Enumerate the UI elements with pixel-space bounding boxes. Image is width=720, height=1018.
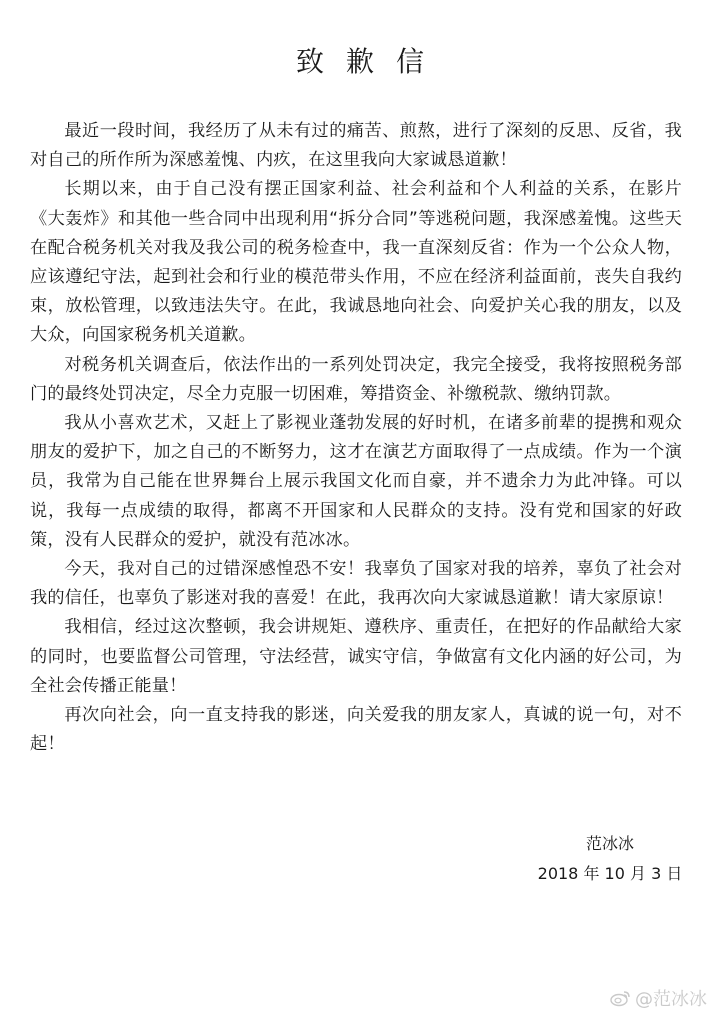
watermark-text: @范冰冰	[635, 985, 707, 1011]
paragraph-6: 我相信，经过这次整顿，我会讲规矩、遵秩序、重责任，在把好的作品献给大家的同时，也…	[30, 613, 682, 701]
paragraph-1: 最近一段时间，我经历了从未有过的痛苦、煎熬，进行了深刻的反思、反省，我对自己的所…	[30, 117, 682, 175]
letter-body: 最近一段时间，我经历了从未有过的痛苦、煎熬，进行了深刻的反思、反省，我对自己的所…	[30, 117, 682, 759]
paragraph-5: 今天，我对自己的过错深感惶恐不安！我辜负了国家对我的培养，辜负了社会对我的信任，…	[30, 555, 682, 613]
signature: 范冰冰	[540, 831, 680, 854]
signature-date: 2018 年 10 月 3 日	[535, 861, 685, 884]
paragraph-4: 我从小喜欢艺术，又赶上了影视业蓬勃发展的好时机，在诸多前辈的提携和观众朋友的爱护…	[30, 409, 682, 555]
paragraph-3: 对税务机关调查后，依法作出的一系列处罚决定，我完全接受，我将按照税务部门的最终处…	[30, 351, 682, 409]
weibo-icon	[610, 989, 632, 1007]
letter-title: 致歉信	[0, 40, 720, 80]
weibo-watermark: @范冰冰	[610, 985, 707, 1011]
paragraph-2: 长期以来，由于自己没有摆正国家利益、社会利益和个人利益的关系，在影片《大轰炸》和…	[30, 175, 682, 350]
paragraph-7: 再次向社会，向一直支持我的影迷，向关爱我的朋友家人，真诚的说一句，对不起！	[30, 701, 682, 759]
